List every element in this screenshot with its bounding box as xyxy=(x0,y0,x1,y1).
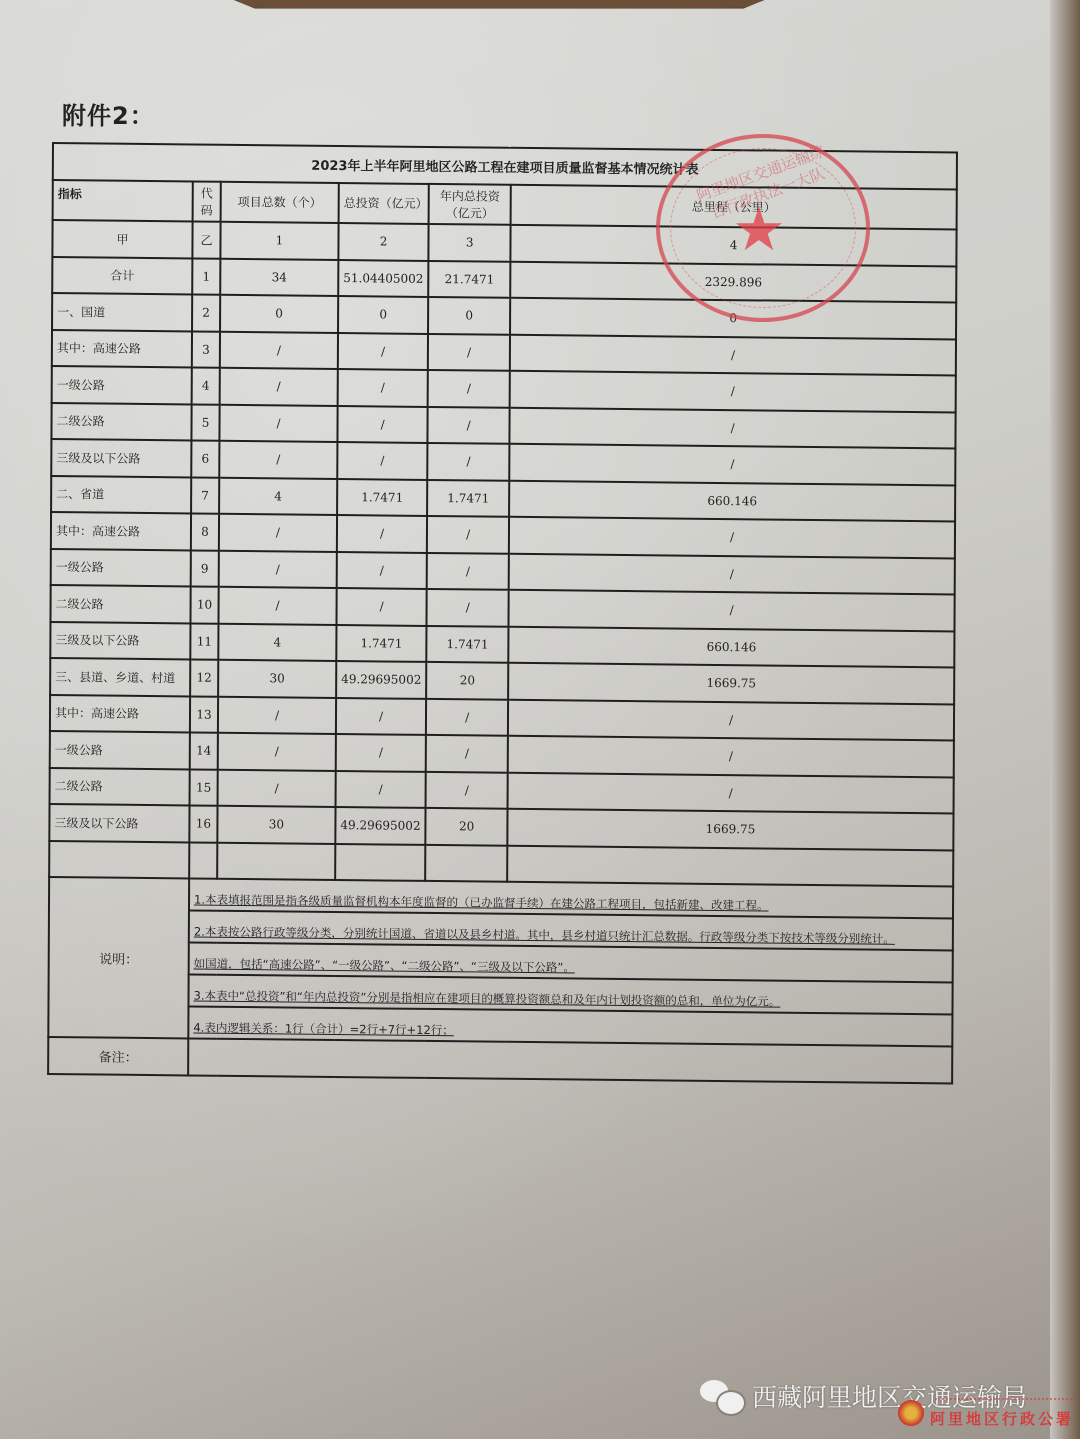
cell-annual-investment: / xyxy=(428,333,510,370)
index-total-investment: 2 xyxy=(338,223,428,260)
notes-section: 说明： 1.本表填报范围是指各级质量监督机构本年度监督的（已办监督手续）在建公路… xyxy=(48,877,953,1083)
cell-code: 2 xyxy=(192,294,220,331)
cell-indicator: 一级公路 xyxy=(51,548,191,586)
cell-indicator: 其中：高速公路 xyxy=(51,512,191,550)
cell-total-investment: 1.7471 xyxy=(336,624,426,661)
cell-total-investment: 49.29695002 xyxy=(335,807,425,844)
cell-total-investment: / xyxy=(336,770,426,807)
cell-total-mileage: / xyxy=(510,371,956,412)
cell-indicator: 其中：高速公路 xyxy=(50,694,190,732)
cell-total-investment xyxy=(335,843,425,880)
cell-project-count: / xyxy=(219,404,337,442)
cell-code: 13 xyxy=(190,696,218,733)
cell-annual-investment: / xyxy=(427,589,509,626)
cell-total-investment: / xyxy=(336,734,426,771)
header-code: 代码 xyxy=(193,181,221,222)
header-project-count: 项目总数（个） xyxy=(221,181,339,223)
cell-indicator: 二级公路 xyxy=(50,767,190,805)
cell-total-mileage xyxy=(507,845,953,886)
cell-total-mileage: 660.146 xyxy=(509,480,955,521)
cell-total-mileage: / xyxy=(508,736,954,777)
cell-annual-investment: / xyxy=(426,698,508,735)
cell-total-investment: 1.7471 xyxy=(337,478,427,515)
cell-code: 9 xyxy=(191,550,219,587)
cell-annual-investment: 1.7471 xyxy=(426,625,508,662)
cell-code: 1 xyxy=(192,258,220,295)
cell-code: 12 xyxy=(190,659,218,696)
cell-indicator: 二级公路 xyxy=(51,402,191,440)
cell-code: 7 xyxy=(191,477,219,514)
index-annual-investment: 3 xyxy=(429,224,511,261)
cell-total-investment: / xyxy=(336,588,426,625)
cell-project-count: 34 xyxy=(220,258,338,296)
cell-total-mileage: / xyxy=(508,772,954,813)
cell-total-investment: / xyxy=(336,697,426,734)
desk-background xyxy=(240,0,760,10)
cell-code: 14 xyxy=(190,732,218,769)
cell-annual-investment: 0 xyxy=(428,297,510,334)
cell-code: 5 xyxy=(191,404,219,441)
cell-project-count: / xyxy=(218,733,336,771)
cell-total-investment: / xyxy=(337,551,427,588)
cell-annual-investment: / xyxy=(427,516,509,553)
header-total-investment: 总投资（亿元） xyxy=(339,183,429,224)
national-emblem-icon xyxy=(898,1400,924,1426)
cell-project-count xyxy=(217,842,335,880)
cell-total-mileage: / xyxy=(510,407,956,448)
cell-annual-investment xyxy=(425,844,507,881)
cell-project-count: / xyxy=(218,587,336,625)
cell-project-count: / xyxy=(220,331,338,369)
cell-total-mileage: / xyxy=(509,444,955,485)
cell-total-mileage: 2329.896 xyxy=(510,261,956,302)
index-indicator: 甲 xyxy=(52,220,192,258)
remarks-label: 备注： xyxy=(48,1037,188,1075)
cell-total-investment: 0 xyxy=(338,296,428,333)
cell-total-investment: / xyxy=(337,515,427,552)
cell-indicator: 三、县道、乡道、村道 xyxy=(50,658,190,696)
cell-project-count: / xyxy=(219,550,337,588)
notes-label: 说明： xyxy=(48,877,189,1038)
cell-project-count: 30 xyxy=(218,660,336,698)
cell-annual-investment: 1.7471 xyxy=(427,479,509,516)
header-indicator: 指标 xyxy=(53,180,193,222)
cell-code: 16 xyxy=(189,805,217,842)
cell-project-count: / xyxy=(219,514,337,552)
cell-indicator: 三级及以下公路 xyxy=(50,621,190,659)
cell-total-mileage: / xyxy=(509,590,955,631)
cell-indicator: 合计 xyxy=(52,257,192,295)
cell-project-count: / xyxy=(218,696,336,734)
cell-annual-investment: / xyxy=(427,443,509,480)
cell-annual-investment: / xyxy=(428,370,510,407)
header-total-mileage: 总里程（公里） xyxy=(511,184,957,229)
cell-total-investment: / xyxy=(337,405,427,442)
cell-total-mileage: 1669.75 xyxy=(508,663,954,704)
cell-total-investment: / xyxy=(338,369,428,406)
cell-total-mileage: 660.146 xyxy=(508,626,954,667)
cell-project-count: 4 xyxy=(219,477,337,515)
cell-indicator: 二、省道 xyxy=(51,475,191,513)
data-rows: 合计13451.0440500221.74712329.896一、国道20000… xyxy=(49,257,956,887)
cell-project-count: 0 xyxy=(220,295,338,333)
cell-total-mileage: / xyxy=(509,553,955,594)
cell-code: 15 xyxy=(190,769,218,806)
cell-project-count: / xyxy=(218,769,336,807)
header-annual-investment: 年内总投资（亿元） xyxy=(429,183,511,224)
cell-total-mileage: / xyxy=(510,334,956,375)
cell-annual-investment: / xyxy=(426,735,508,772)
cell-indicator: 其中：高速公路 xyxy=(52,330,192,368)
cell-total-mileage: / xyxy=(509,517,955,558)
cell-code: 11 xyxy=(190,623,218,660)
cell-indicator: 三级及以下公路 xyxy=(49,804,189,842)
cell-total-investment: 49.29695002 xyxy=(336,661,426,698)
cell-code: 4 xyxy=(192,367,220,404)
cell-indicator: 三级及以下公路 xyxy=(51,439,191,477)
cell-total-mileage: 0 xyxy=(510,298,956,339)
cell-code: 10 xyxy=(190,586,218,623)
cell-annual-investment: / xyxy=(427,552,509,589)
cell-indicator: 一级公路 xyxy=(52,366,192,404)
paper-edge-shadow xyxy=(1050,0,1080,1439)
tibetan-script-line xyxy=(935,1398,1075,1406)
cell-project-count: / xyxy=(220,368,338,406)
index-project-count: 1 xyxy=(220,222,338,260)
cell-indicator: 二级公路 xyxy=(50,585,190,623)
cell-total-mileage: 1669.75 xyxy=(508,809,954,850)
index-total-mileage: 4 xyxy=(511,225,957,266)
wechat-icon xyxy=(700,1378,744,1414)
cell-total-investment: 51.04405002 xyxy=(338,260,428,297)
cell-code: 8 xyxy=(191,513,219,550)
cell-indicator: 一、国道 xyxy=(52,293,192,331)
statistics-table-container: 2023年上半年阿里地区公路工程在建项目质量监督基本情况统计表 指标 代码 项目… xyxy=(47,142,958,1084)
cell-total-investment: / xyxy=(337,442,427,479)
gov-label: 阿里地区行政公署 xyxy=(930,1408,1074,1429)
remarks-value xyxy=(188,1038,952,1082)
cell-annual-investment: 20 xyxy=(426,662,508,699)
cell-code: 3 xyxy=(192,331,220,368)
cell-project-count: 30 xyxy=(217,806,335,844)
index-code: 乙 xyxy=(192,221,220,258)
cell-annual-investment: / xyxy=(426,771,508,808)
statistics-table: 2023年上半年阿里地区公路工程在建项目质量监督基本情况统计表 指标 代码 项目… xyxy=(47,142,958,1084)
cell-annual-investment: 21.7471 xyxy=(428,260,510,297)
cell-total-mileage: / xyxy=(508,699,954,740)
cell-project-count: 4 xyxy=(218,623,336,661)
cell-code: 6 xyxy=(191,440,219,477)
cell-indicator: 一级公路 xyxy=(50,731,190,769)
attachment-label: 附件2： xyxy=(62,96,155,131)
cell-total-investment: / xyxy=(338,332,428,369)
cell-project-count: / xyxy=(219,441,337,479)
cell-annual-investment: 20 xyxy=(426,808,508,845)
cell-code xyxy=(189,842,217,879)
cell-annual-investment: / xyxy=(428,406,510,443)
cell-indicator xyxy=(49,840,189,878)
